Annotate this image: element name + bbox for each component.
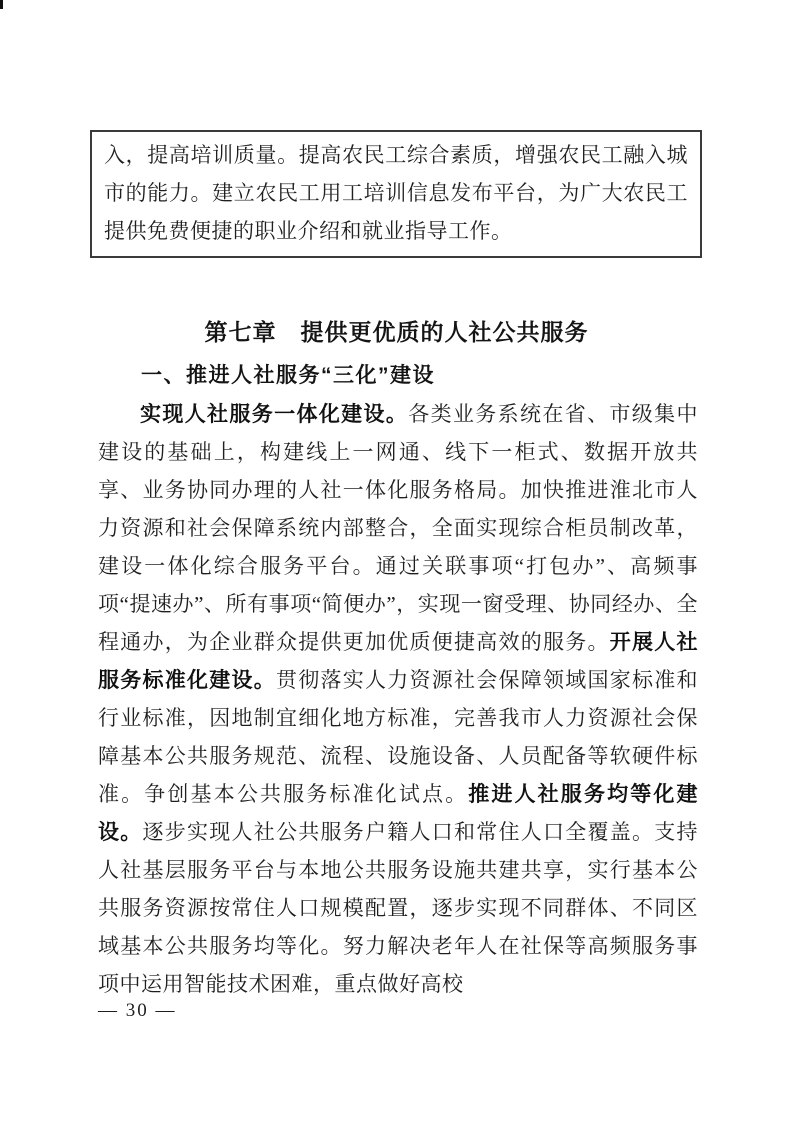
document-page: 入，提高培训质量。提高农民工综合素质，增强农民工融入城市的能力。建立农民工用工培…: [0, 0, 793, 1122]
page-number: — 30 —: [98, 1000, 177, 1022]
boxed-paragraph: 入，提高培训质量。提高农民工综合素质，增强农民工融入城市的能力。建立农民工用工培…: [90, 130, 702, 258]
body-paragraph: 实现人社服务一体化建设。各类业务系统在省、市级集中建设的基础上，构建线上一网通、…: [98, 395, 698, 1003]
chapter-title: 第七章 提供更优质的人社公共服务: [0, 314, 793, 347]
boxed-paragraph-text: 入，提高培训质量。提高农民工综合素质，增强农民工融入城市的能力。建立农民工用工培…: [104, 136, 688, 250]
body-text-integration: 各类业务系统在省、市级集中建设的基础上，构建线上一网通、线下一柜式、数据开放共享…: [98, 402, 698, 654]
bold-lead-integration: 实现人社服务一体化建设。: [140, 402, 408, 426]
section-title: 一、推进人社服务“三化”建设: [141, 359, 435, 389]
scan-corner-artifact: [0, 0, 3, 9]
body-text-equalization: 逐步实现人社公共服务户籍人口和常住人口全覆盖。支持人社基层服务平台与本地公共服务…: [98, 820, 698, 996]
